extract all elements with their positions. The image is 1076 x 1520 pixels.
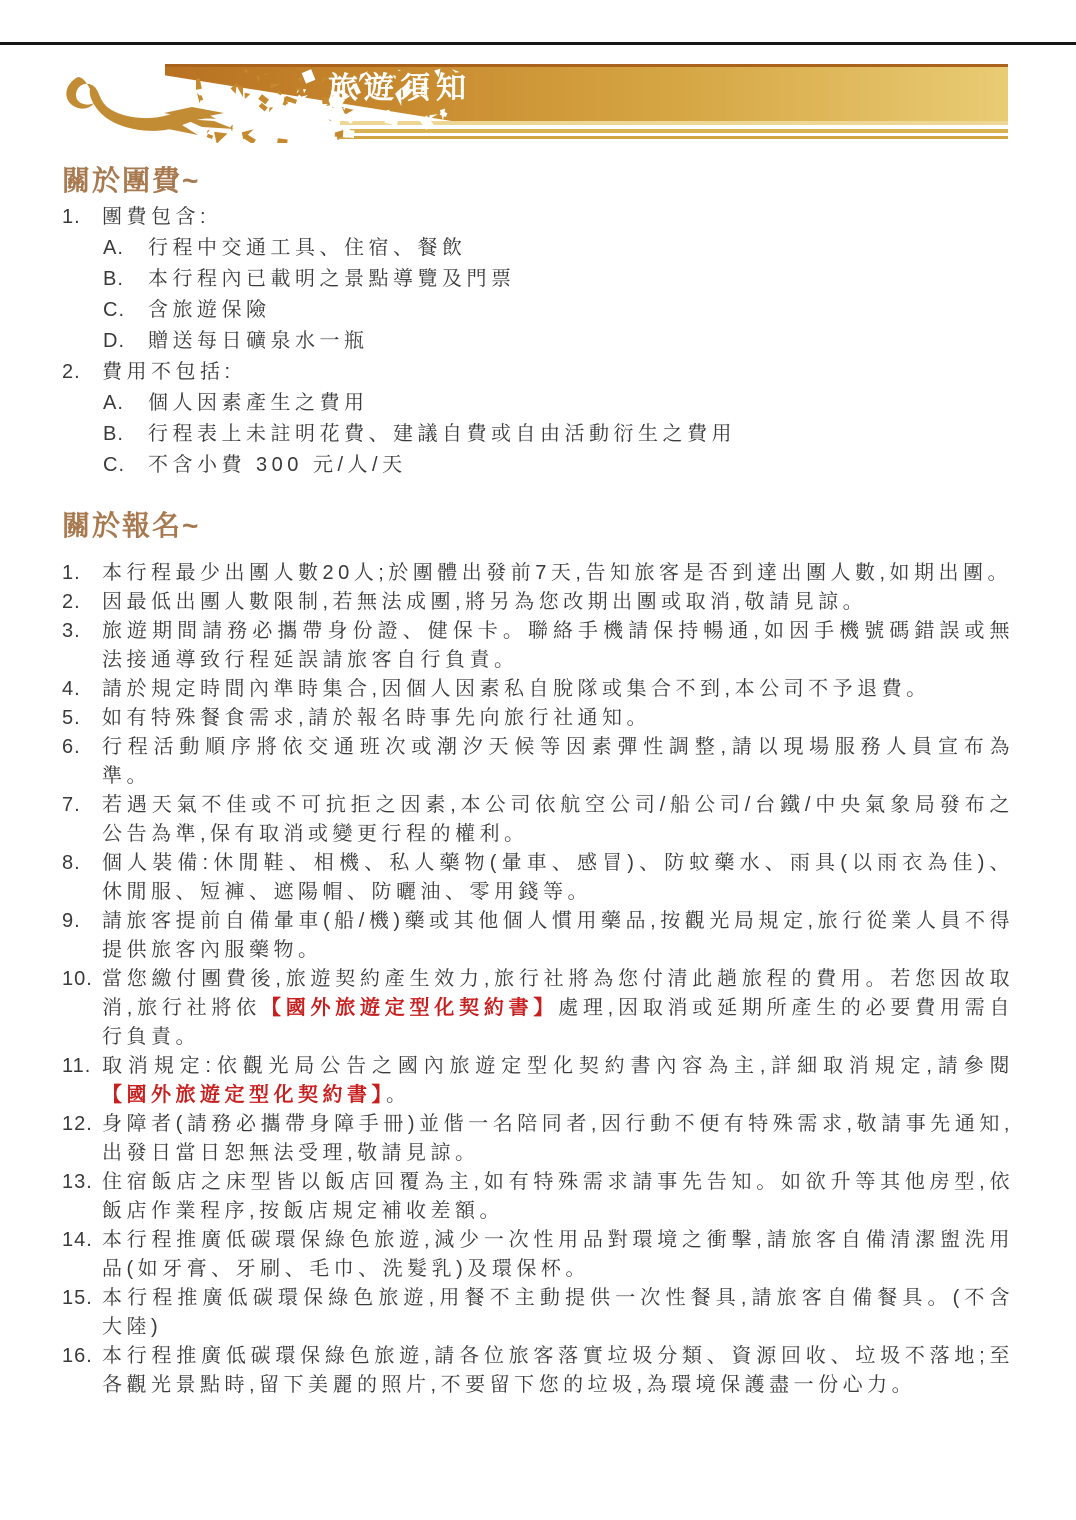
sub-item-letter: B. xyxy=(103,264,148,295)
item-text: 本行程最少出團人數20人;於團體出發前7天,告知旅客是否到達出團人數,如期出團。 xyxy=(102,559,1014,588)
sub-item-text: 本行程內已載明之景點導覽及門票 xyxy=(148,264,1014,295)
sub-item-letter: B. xyxy=(103,419,148,450)
item-text: 當您繳付團費後,旅遊契約產生效力,旅行社將為您付清此趟旅程的費用。若您因故取消,… xyxy=(102,965,1014,1052)
section-heading: 關於團費~ xyxy=(62,162,1014,200)
list-item: 9.請旅客提前自備暈車(船/機)藥或其他個人慣用藥品,按觀光局規定,旅行從業人員… xyxy=(62,907,1014,965)
text-segment: 費用不包括: xyxy=(102,361,235,383)
item-text: 取消規定:依觀光局公告之國內旅遊定型化契約書內容為主,詳細取消規定,請參閱【國外… xyxy=(102,1052,1014,1110)
sub-item-letter: C. xyxy=(103,295,148,326)
text-segment: 請於規定時間內準時集合,因個人因素私自脫隊或集合不到,本公司不予退費。 xyxy=(102,678,931,700)
item-text: 如有特殊餐食需求,請於報名時事先向旅行社通知。 xyxy=(102,704,1014,733)
section-list: 1.本行程最少出團人數20人;於團體出發前7天,告知旅客是否到達出團人數,如期出… xyxy=(62,559,1014,1400)
text-segment: 本行程推廣低碳環保綠色旅遊,請各位旅客落實垃圾分類、資源回收、垃圾不落地;至各觀… xyxy=(102,1345,1014,1396)
text-segment: 行程活動順序將依交通班次或潮汐天候等因素彈性調整,請以現場服務人員宣布為準。 xyxy=(102,736,1014,787)
list-item: 3.旅遊期間請務必攜帶身份證、健保卡。聯絡手機請保持暢通,如因手機號碼錯誤或無法… xyxy=(62,617,1014,675)
item-text: 若遇天氣不佳或不可抗拒之因素,本公司依航空公司/船公司/台鐵/中央氣象局發布之公… xyxy=(102,791,1014,849)
sub-list-item: A.個人因素產生之費用 xyxy=(62,388,1014,419)
text-segment: 旅遊期間請務必攜帶身份證、健保卡。聯絡手機請保持暢通,如因手機號碼錯誤或無法接通… xyxy=(102,620,1014,671)
sub-list-item: C.不含小費 300 元/人/天 xyxy=(62,450,1014,481)
sub-list-item: A.行程中交通工具、住宿、餐飲 xyxy=(62,233,1014,264)
page: { "header": { "title": "旅遊須知", "flourish… xyxy=(0,0,1076,1520)
header-banner: 旅遊須知 xyxy=(0,45,1076,145)
sub-item-text: 行程表上未註明花費、建議自費或自由活動衍生之費用 xyxy=(148,419,1014,450)
banner-title: 旅遊須知 xyxy=(328,72,472,106)
item-number: 4. xyxy=(62,675,102,704)
text-segment: 取消規定:依觀光局公告之國內旅遊定型化契約書內容為主,詳細取消規定,請參閱 xyxy=(102,1055,1014,1077)
item-number: 3. xyxy=(62,617,102,646)
item-text: 個人裝備:休閒鞋、相機、私人藥物(暈車、感冒)、防蚊藥水、雨具(以雨衣為佳)、休… xyxy=(102,849,1014,907)
sub-list-item: C.含旅遊保險 xyxy=(62,295,1014,326)
list-item: 12.身障者(請務必攜帶身障手冊)並偕一名陪同者,因行動不便有特殊需求,敬請事先… xyxy=(62,1110,1014,1168)
text-segment: 若遇天氣不佳或不可抗拒之因素,本公司依航空公司/船公司/台鐵/中央氣象局發布之公… xyxy=(102,794,1014,845)
item-number: 16. xyxy=(62,1342,102,1371)
list-item: 6.行程活動順序將依交通班次或潮汐天候等因素彈性調整,請以現場服務人員宣布為準。 xyxy=(62,733,1014,791)
item-text: 本行程推廣低碳環保綠色旅遊,減少一次性用品對環境之衝擊,請旅客自備清潔盥洗用品(… xyxy=(102,1226,1014,1284)
list-item: 1.本行程最少出團人數20人;於團體出發前7天,告知旅客是否到達出團人數,如期出… xyxy=(62,559,1014,588)
text-segment: 。 xyxy=(386,1084,411,1106)
list-item: 4.請於規定時間內準時集合,因個人因素私自脫隊或集合不到,本公司不予退費。 xyxy=(62,675,1014,704)
sub-item-text: 贈送每日礦泉水一瓶 xyxy=(148,326,1014,357)
item-number: 7. xyxy=(62,791,102,820)
item-text: 團費包含: xyxy=(102,202,1014,233)
list-item: 10.當您繳付團費後,旅遊契約產生效力,旅行社將為您付清此趟旅程的費用。若您因故… xyxy=(62,965,1014,1052)
sub-list-item: B.行程表上未註明花費、建議自費或自由活動衍生之費用 xyxy=(62,419,1014,450)
item-number: 1. xyxy=(62,559,102,588)
sub-item-letter: D. xyxy=(103,326,148,357)
sub-item-text: 個人因素產生之費用 xyxy=(148,388,1014,419)
item-text: 費用不包括: xyxy=(102,357,1014,388)
item-number: 6. xyxy=(62,733,102,762)
item-number: 11. xyxy=(62,1052,102,1081)
sub-item-letter: A. xyxy=(103,388,148,419)
sub-list-item: B.本行程內已載明之景點導覽及門票 xyxy=(62,264,1014,295)
item-text: 住宿飯店之床型皆以飯店回覆為主,如有特殊需求請事先告知。如欲升等其他房型,依飯店… xyxy=(102,1168,1014,1226)
item-number: 2. xyxy=(62,357,102,388)
sub-item-letter: C. xyxy=(103,450,148,481)
item-number: 1. xyxy=(62,202,102,233)
item-text: 旅遊期間請務必攜帶身份證、健保卡。聯絡手機請保持暢通,如因手機號碼錯誤或無法接通… xyxy=(102,617,1014,675)
text-segment: 如有特殊餐食需求,請於報名時事先向旅行社通知。 xyxy=(102,707,651,729)
section-list: 1.團費包含:A.行程中交通工具、住宿、餐飲B.本行程內已載明之景點導覽及門票C… xyxy=(62,202,1014,481)
list-item: 1.團費包含: xyxy=(62,202,1014,233)
sub-item-letter: A. xyxy=(103,233,148,264)
item-number: 2. xyxy=(62,588,102,617)
text-segment: 身障者(請務必攜帶身障手冊)並偕一名陪同者,因行動不便有特殊需求,敬請事先通知,… xyxy=(102,1113,1014,1164)
list-item: 16.本行程推廣低碳環保綠色旅遊,請各位旅客落實垃圾分類、資源回收、垃圾不落地;… xyxy=(62,1342,1014,1400)
item-number: 8. xyxy=(62,849,102,878)
item-number: 5. xyxy=(62,704,102,733)
list-item: 8.個人裝備:休閒鞋、相機、私人藥物(暈車、感冒)、防蚊藥水、雨具(以雨衣為佳)… xyxy=(62,849,1014,907)
text-segment: 因最低出團人數限制,若無法成團,將另為您改期出團或取消,敬請見諒。 xyxy=(102,591,867,613)
item-text: 本行程推廣低碳環保綠色旅遊,用餐不主動提供一次性餐具,請旅客自備餐具。(不含大陸… xyxy=(102,1284,1014,1342)
text-segment: 本行程推廣低碳環保綠色旅遊,用餐不主動提供一次性餐具,請旅客自備餐具。(不含大陸… xyxy=(102,1287,1014,1338)
item-text: 本行程推廣低碳環保綠色旅遊,請各位旅客落實垃圾分類、資源回收、垃圾不落地;至各觀… xyxy=(102,1342,1014,1400)
item-text: 身障者(請務必攜帶身障手冊)並偕一名陪同者,因行動不便有特殊需求,敬請事先通知,… xyxy=(102,1110,1014,1168)
item-text: 行程活動順序將依交通班次或潮汐天候等因素彈性調整,請以現場服務人員宣布為準。 xyxy=(102,733,1014,791)
item-number: 13. xyxy=(62,1168,102,1197)
item-number: 15. xyxy=(62,1284,102,1313)
list-item: 13.住宿飯店之床型皆以飯店回覆為主,如有特殊需求請事先告知。如欲升等其他房型,… xyxy=(62,1168,1014,1226)
list-item: 2.費用不包括: xyxy=(62,357,1014,388)
text-segment: 本行程推廣低碳環保綠色旅遊,減少一次性用品對環境之衝擊,請旅客自備清潔盥洗用品(… xyxy=(102,1229,1014,1280)
list-item: 14.本行程推廣低碳環保綠色旅遊,減少一次性用品對環境之衝擊,請旅客自備清潔盥洗… xyxy=(62,1226,1014,1284)
text-segment: 住宿飯店之床型皆以飯店回覆為主,如有特殊需求請事先告知。如欲升等其他房型,依飯店… xyxy=(102,1171,1014,1222)
text-segment: 團費包含: xyxy=(102,206,210,228)
item-number: 12. xyxy=(62,1110,102,1139)
content: 關於團費~1.團費包含:A.行程中交通工具、住宿、餐飲B.本行程內已載明之景點導… xyxy=(62,142,1014,1400)
item-number: 9. xyxy=(62,907,102,936)
section-heading: 關於報名~ xyxy=(62,507,1014,545)
sub-list-item: D.贈送每日礦泉水一瓶 xyxy=(62,326,1014,357)
item-number: 10. xyxy=(62,965,102,994)
highlighted-contract-text: 【國外旅遊定型化契約書】 xyxy=(261,997,558,1019)
item-text: 請旅客提前自備暈車(船/機)藥或其他個人慣用藥品,按觀光局規定,旅行從業人員不得… xyxy=(102,907,1014,965)
highlighted-contract-text: 【國外旅遊定型化契約書】 xyxy=(102,1084,386,1106)
list-item: 7.若遇天氣不佳或不可抗拒之因素,本公司依航空公司/船公司/台鐵/中央氣象局發布… xyxy=(62,791,1014,849)
list-item: 15.本行程推廣低碳環保綠色旅遊,用餐不主動提供一次性餐具,請旅客自備餐具。(不… xyxy=(62,1284,1014,1342)
sub-item-text: 行程中交通工具、住宿、餐飲 xyxy=(148,233,1014,264)
item-text: 請於規定時間內準時集合,因個人因素私自脫隊或集合不到,本公司不予退費。 xyxy=(102,675,1014,704)
item-number: 14. xyxy=(62,1226,102,1255)
text-segment: 個人裝備:休閒鞋、相機、私人藥物(暈車、感冒)、防蚊藥水、雨具(以雨衣為佳)、休… xyxy=(102,852,1014,903)
sub-item-text: 含旅遊保險 xyxy=(148,295,1014,326)
text-segment: 本行程最少出團人數20人;於團體出發前7天,告知旅客是否到達出團人數,如期出團。 xyxy=(102,562,1012,584)
list-item: 5.如有特殊餐食需求,請於報名時事先向旅行社通知。 xyxy=(62,704,1014,733)
list-item: 2.因最低出團人數限制,若無法成團,將另為您改期出團或取消,敬請見諒。 xyxy=(62,588,1014,617)
text-segment: 請旅客提前自備暈車(船/機)藥或其他個人慣用藥品,按觀光局規定,旅行從業人員不得… xyxy=(102,910,1014,961)
sub-item-text: 不含小費 300 元/人/天 xyxy=(148,450,1014,481)
item-text: 因最低出團人數限制,若無法成團,將另為您改期出團或取消,敬請見諒。 xyxy=(102,588,1014,617)
list-item: 11.取消規定:依觀光局公告之國內旅遊定型化契約書內容為主,詳細取消規定,請參閱… xyxy=(62,1052,1014,1110)
